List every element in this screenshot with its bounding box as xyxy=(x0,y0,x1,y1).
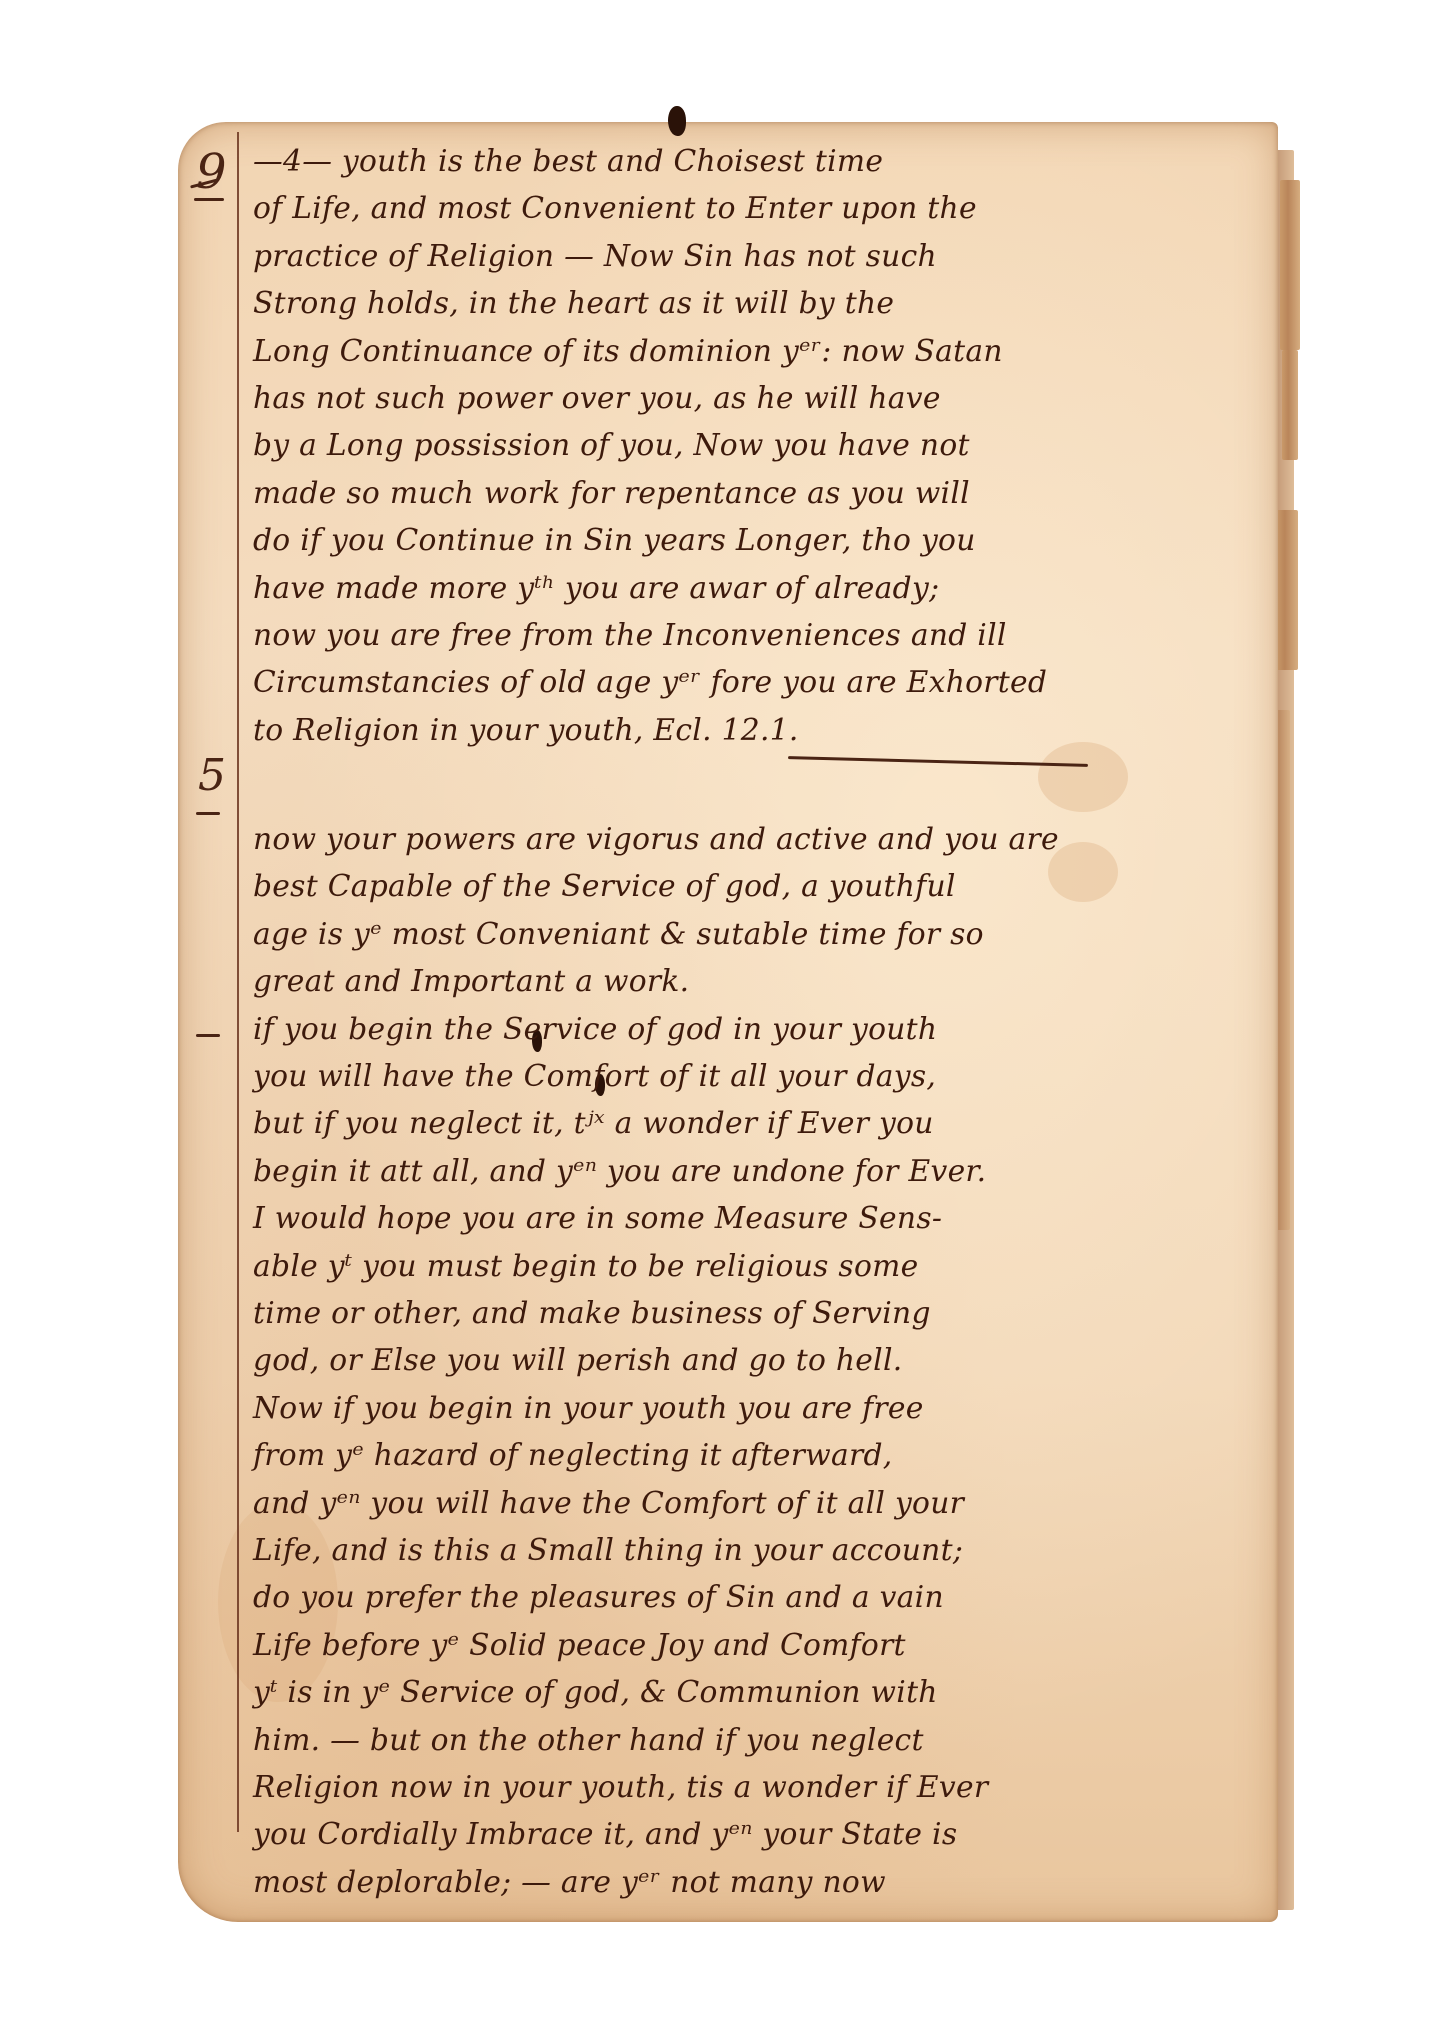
text-line: do if you Continue in Sin years Longer, … xyxy=(253,517,1243,564)
text-line: now your powers are vigorus and active a… xyxy=(253,816,1243,863)
text-line: time or other, and make business of Serv… xyxy=(253,1290,1243,1337)
text-line: has not such power over you, as he will … xyxy=(253,375,1243,422)
text-line: Now if you begin in your youth you are f… xyxy=(253,1385,1243,1432)
ink-blot xyxy=(668,106,686,136)
manuscript-page: 9 5 —4— youth is the best and Choisest t… xyxy=(178,122,1278,1922)
text-line: Religion now in your youth, tis a wonder… xyxy=(253,1764,1243,1811)
text-line: but if you neglect it, tʲˣ a wonder if E… xyxy=(253,1100,1243,1147)
text-line: I would hope you are in some Measure Sen… xyxy=(253,1195,1243,1242)
text-line: of Life, and most Convenient to Enter up… xyxy=(253,185,1243,232)
text-line: him. — but on the other hand if you negl… xyxy=(253,1717,1243,1764)
manuscript-text: —4— youth is the best and Choisest time … xyxy=(253,138,1253,1906)
text-line: able yᵗ you must begin to be religious s… xyxy=(253,1243,1243,1290)
text-line: do you prefer the pleasures of Sin and a… xyxy=(253,1574,1243,1621)
text-line: Strong holds, in the heart as it will by… xyxy=(253,280,1243,327)
text-line: —4— youth is the best and Choisest time xyxy=(253,138,1243,185)
margin-tick xyxy=(194,198,224,201)
text-line: most deplorable; — are yᵉʳ not many now xyxy=(253,1859,1243,1906)
text-line: best Capable of the Service of god, a yo… xyxy=(253,863,1243,910)
text-line: begin it att all, and yᵉⁿ you are undone… xyxy=(253,1148,1243,1195)
text-line: Life before yᵉ Solid peace Joy and Comfo… xyxy=(253,1622,1243,1669)
page-number: 9 xyxy=(196,144,227,200)
text-line: you Cordially Imbrace it, and yᵉⁿ your S… xyxy=(253,1811,1243,1858)
page-edge-tab xyxy=(1282,350,1298,460)
page-edge-tab xyxy=(1276,510,1298,670)
text-line: now you are free from the Inconveniences… xyxy=(253,612,1243,659)
text-line: great and Important a work. xyxy=(253,958,1243,1005)
page-edge-tab xyxy=(1280,180,1300,350)
margin-tick xyxy=(196,812,220,815)
text-line: to Religion in your youth, Ecl. 12.1. xyxy=(253,707,1243,754)
paragraph-gap xyxy=(253,754,1253,816)
text-line: you will have the Comfort of it all your… xyxy=(253,1053,1243,1100)
margin-rule-line xyxy=(237,132,239,1832)
text-line: practice of Religion — Now Sin has not s… xyxy=(253,233,1243,280)
text-line: god, or Else you will perish and go to h… xyxy=(253,1337,1243,1384)
text-line: if you begin the Service of god in your … xyxy=(253,1006,1243,1053)
text-line: from yᵉ hazard of neglecting it afterwar… xyxy=(253,1432,1243,1479)
text-line: by a Long possission of you, Now you hav… xyxy=(253,422,1243,469)
text-line: yᵗ is in yᵉ Service of god, & Communion … xyxy=(253,1669,1243,1716)
text-line: made so much work for repentance as you … xyxy=(253,470,1243,517)
text-line: have made more yᵗʰ you are awar of alrea… xyxy=(253,565,1243,612)
section-number-5: 5 xyxy=(198,750,226,801)
text-line: Circumstancies of old age yᵉʳ fore you a… xyxy=(253,659,1243,706)
margin-tick xyxy=(196,1034,220,1037)
text-line: Life, and is this a Small thing in your … xyxy=(253,1527,1243,1574)
text-line: Long Continuance of its dominion yᵉʳ: no… xyxy=(253,328,1243,375)
text-line: age is yᵉ most Conveniant & sutable time… xyxy=(253,911,1243,958)
text-line: and yᵉⁿ you will have the Comfort of it … xyxy=(253,1480,1243,1527)
